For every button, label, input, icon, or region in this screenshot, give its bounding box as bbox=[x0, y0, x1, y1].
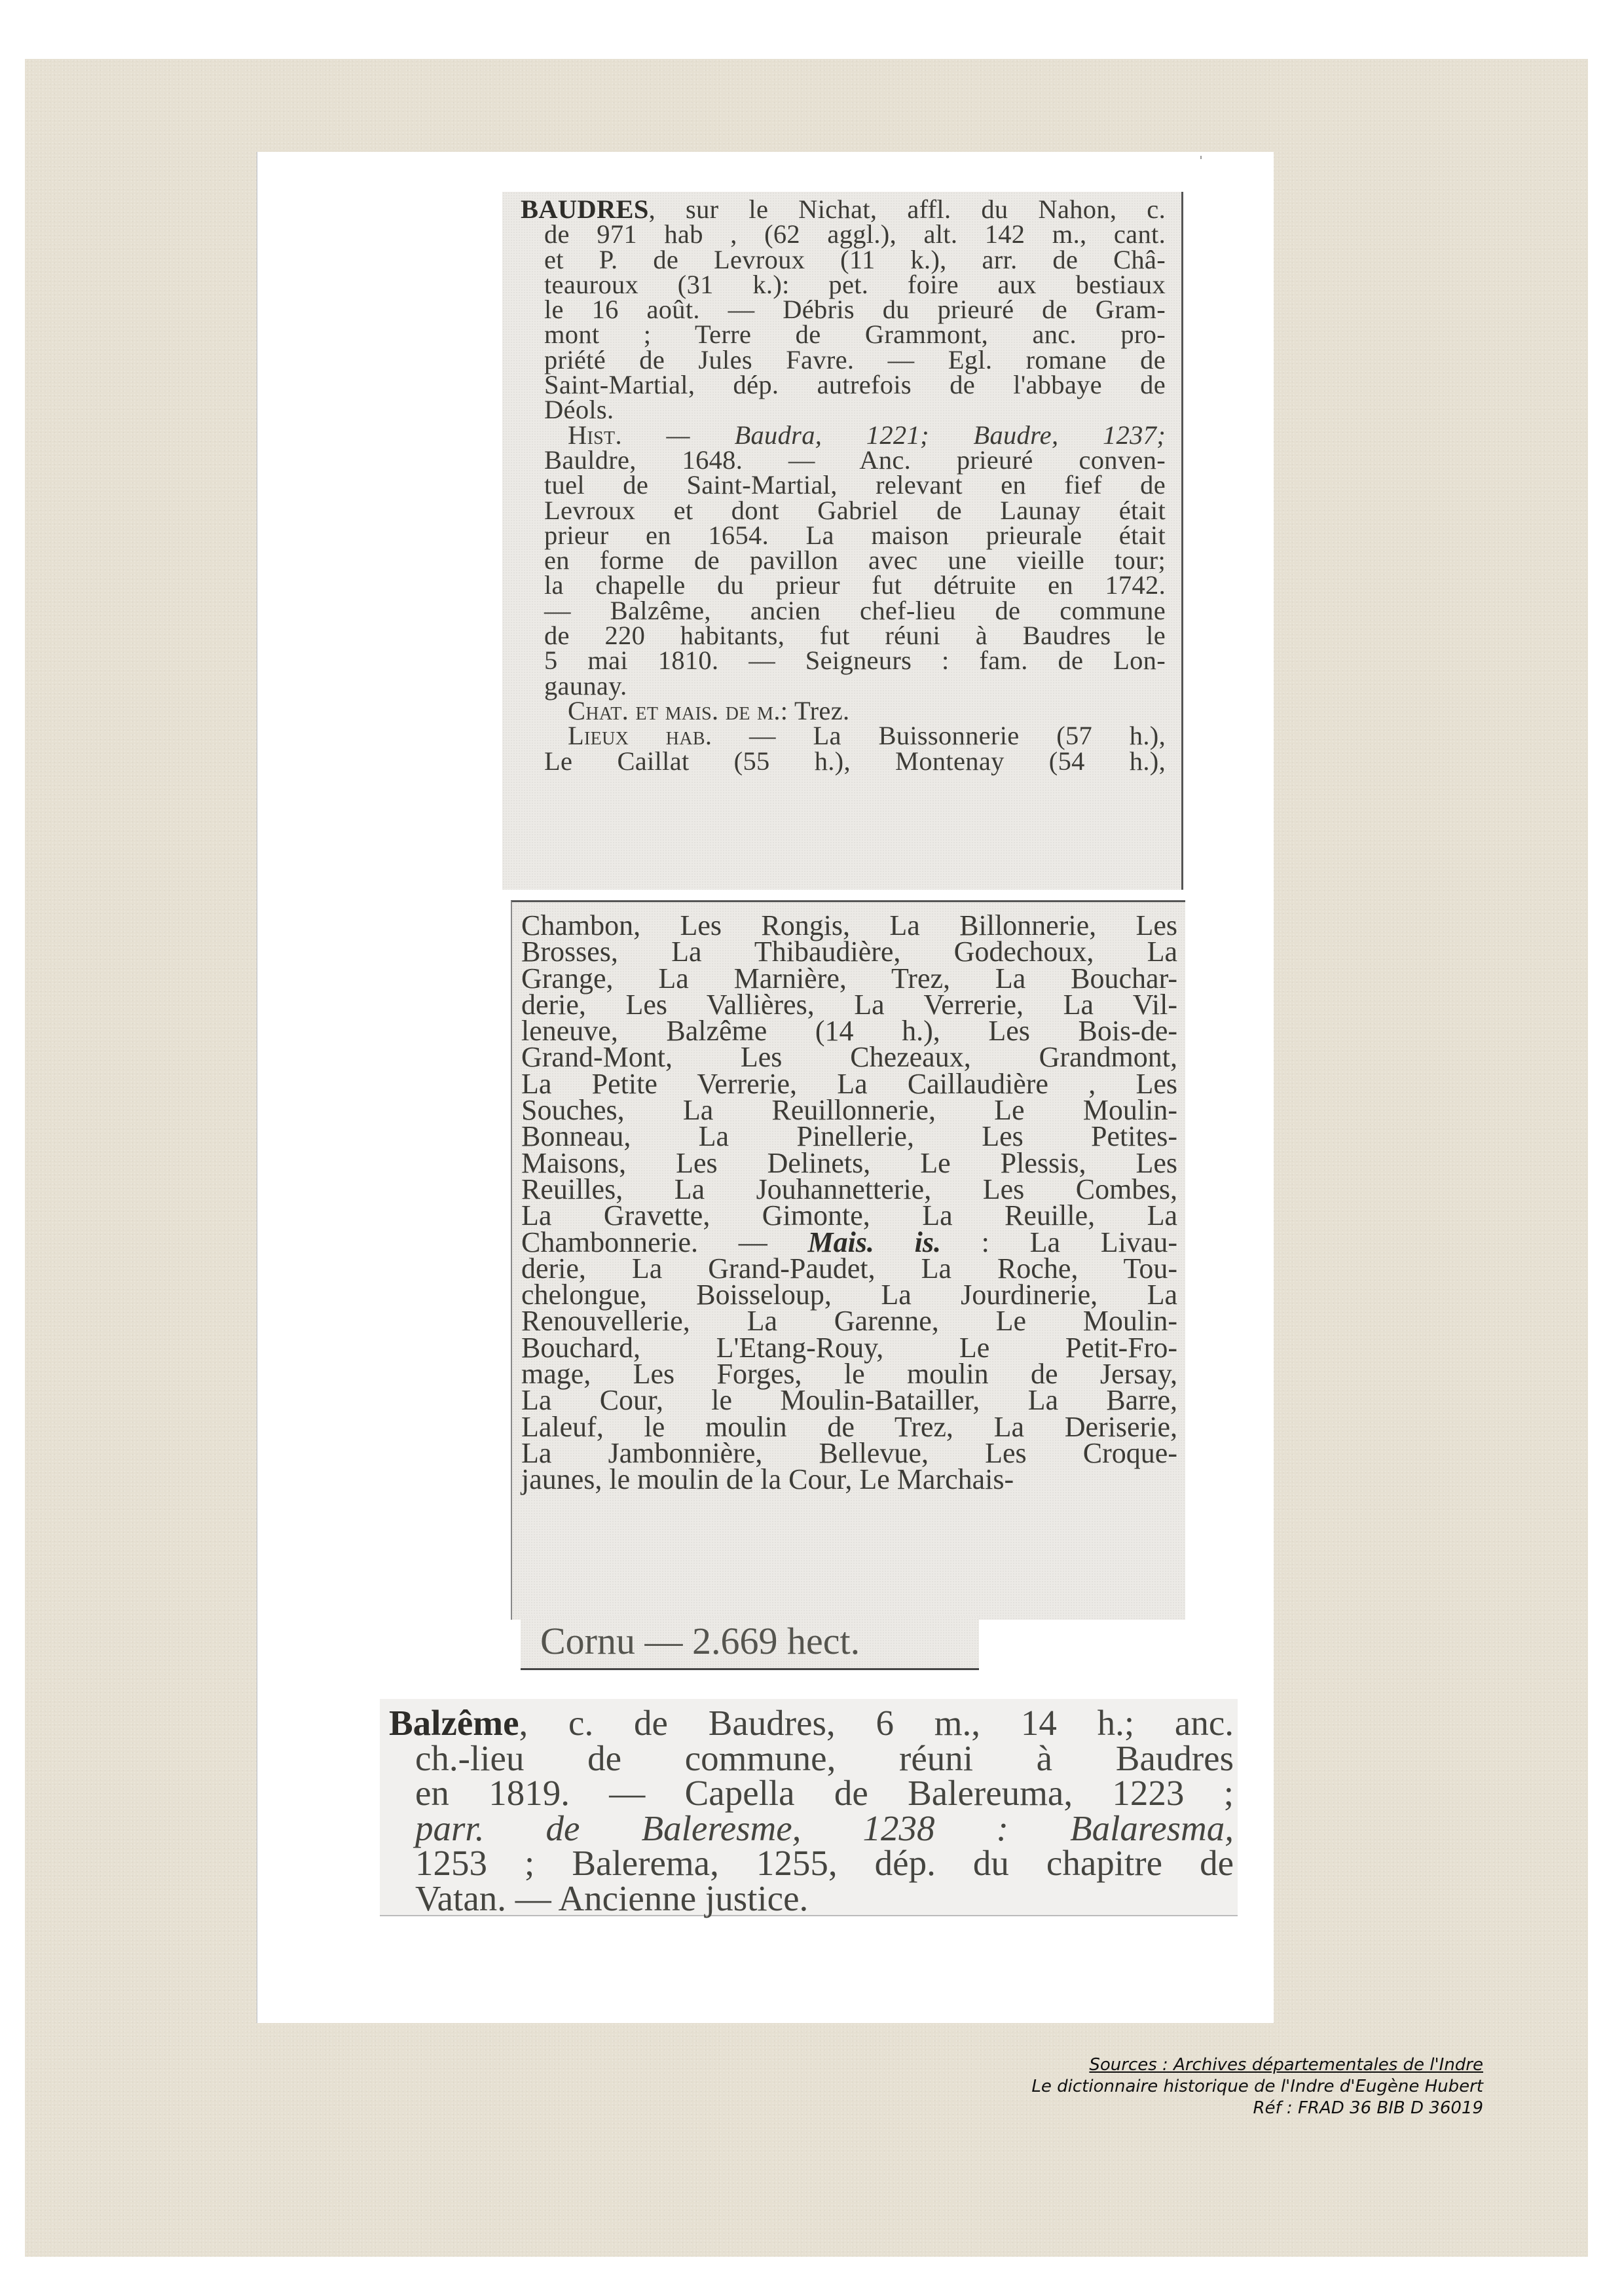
hist-line: Bauldre, 1648. — Anc. prieuré conven- bbox=[521, 448, 1166, 473]
sources-caption: Sources : Archives départementales de l'… bbox=[1031, 2054, 1483, 2119]
entry-line: BAUDRES, sur le Nichat, affl. du Nahon, … bbox=[521, 197, 1166, 222]
sources-line-archives: Sources : Archives départementales de l'… bbox=[1031, 2054, 1483, 2076]
lieux-list-line: La Petite Verrerie, La Caillaudière , Le… bbox=[521, 1071, 1177, 1097]
hist-line: Hist. — Baudra, 1221; Baudre, 1237; bbox=[521, 423, 1166, 448]
entry-line: de 971 hab , (62 aggl.), alt. 142 m., ca… bbox=[521, 222, 1166, 247]
lieux-list-line: Laleuf, le moulin de Trez, La Deriserie, bbox=[521, 1414, 1177, 1440]
hist-line: 5 mai 1810. — Seigneurs : fam. de Lon- bbox=[521, 648, 1166, 673]
balzeme-line: en 1819. — Capella de Balereuma, 1223 ; bbox=[389, 1776, 1234, 1811]
balzeme-entry-text: Balzême, c. de Baudres, 6 m., 14 h.; anc… bbox=[389, 1705, 1234, 1916]
clipping-balzeme-entry: Balzême, c. de Baudres, 6 m., 14 h.; anc… bbox=[380, 1699, 1238, 1916]
hist-line: Levroux et dont Gabriel de Launay était bbox=[521, 498, 1166, 523]
chateaux-line: Chat. et mais. de m.: Trez. bbox=[521, 699, 1166, 723]
clipping-area: Cornu — 2.669 hect. bbox=[521, 1616, 979, 1670]
clipping-baudres-entry: BAUDRES, sur le Nichat, affl. du Nahon, … bbox=[502, 192, 1183, 890]
balzeme-line-text: , c. de Baudres, 6 m., 14 h.; anc. bbox=[519, 1703, 1234, 1743]
scan-speck bbox=[1200, 156, 1202, 159]
lieux-list-line: La Jambonnière, Bellevue, Les Croque- bbox=[521, 1440, 1177, 1467]
balzeme-line: Vatan. — Ancienne justice. bbox=[389, 1881, 1234, 1916]
entry-line: et P. de Levroux (11 k.), arr. de Châ- bbox=[521, 247, 1166, 272]
entry-line: le 16 août. — Débris du prieuré de Gram- bbox=[521, 297, 1166, 322]
lieux-list-line: derie, Les Vallières, La Verrerie, La Vi… bbox=[521, 992, 1177, 1018]
lieux-list-line: Reuilles, La Jouhannetterie, Les Combes, bbox=[521, 1176, 1177, 1203]
hist-line: de 220 habitants, fut réuni à Baudres le bbox=[521, 623, 1166, 648]
entry-line: Déols. bbox=[521, 397, 1166, 422]
area-text: Cornu — 2.669 hect. bbox=[540, 1620, 860, 1663]
lieux-list-line: Bonneau, La Pinellerie, Les Petites- bbox=[521, 1123, 1177, 1150]
balzeme-line: 1253 ; Balerema, 1255, dép. du chapitre … bbox=[389, 1846, 1234, 1881]
lieux-line: Le Caillat (55 h.), Montenay (54 h.), bbox=[521, 749, 1166, 774]
lieux-list-line: La Cour, le Moulin-Batailler, La Barre, bbox=[521, 1387, 1177, 1413]
entry-line: priété de Jules Favre. — Egl. romane de bbox=[521, 348, 1166, 373]
lieux-list-line: derie, La Grand-Paudet, La Roche, Tou- bbox=[521, 1256, 1177, 1282]
entry-line: Saint-Martial, dép. autrefois de l'abbay… bbox=[521, 373, 1166, 397]
lieux-list-line: mage, Les Forges, le moulin de Jersay, bbox=[521, 1361, 1177, 1387]
lieux-list-line: Renouvellerie, La Garenne, Le Moulin- bbox=[521, 1308, 1177, 1334]
continuation-text: Chambon, Les Rongis, La Billonnerie, Les… bbox=[521, 913, 1177, 1493]
hist-line: tuel de Saint-Martial, relevant en fief … bbox=[521, 473, 1166, 498]
lieux-list-line: Grange, La Marnière, Trez, La Bouchar- bbox=[521, 966, 1177, 992]
lieux-list-line: jaunes, le moulin de la Cour, Le Marchai… bbox=[521, 1467, 1177, 1493]
lieux-list-line: Chambon, Les Rongis, La Billonnerie, Les bbox=[521, 913, 1177, 939]
lieux-list-line: La Gravette, Gimonte, La Reuille, La bbox=[521, 1203, 1177, 1229]
entry-line: teauroux (31 k.): pet. foire aux bestiau… bbox=[521, 272, 1166, 297]
hist-line: prieur en 1654. La maison prieurale étai… bbox=[521, 523, 1166, 548]
lieux-list-line: Brosses, La Thibaudière, Godechoux, La bbox=[521, 939, 1177, 965]
lieux-list-line: leneuve, Balzême (14 h.), Les Bois-de- bbox=[521, 1018, 1177, 1044]
headword-balzeme: Balzême bbox=[389, 1703, 519, 1743]
lieux-list-line: Bouchard, L'Etang-Rouy, Le Petit-Fro- bbox=[521, 1335, 1177, 1361]
lieux-list-line: chelongue, Boisseloup, La Jourdinerie, L… bbox=[521, 1282, 1177, 1308]
hist-line: — Balzême, ancien chef-lieu de commune bbox=[521, 598, 1166, 623]
hist-line: gaunay. bbox=[521, 674, 1166, 699]
lieux-list-line: Souches, La Reuillonnerie, Le Moulin- bbox=[521, 1097, 1177, 1123]
entry-line: mont ; Terre de Grammont, anc. pro- bbox=[521, 322, 1166, 347]
balzeme-line: Balzême, c. de Baudres, 6 m., 14 h.; anc… bbox=[389, 1705, 1234, 1741]
lieux-list-line: Grand-Mont, Les Chezeaux, Grandmont, bbox=[521, 1044, 1177, 1070]
sources-line-dictionary: Le dictionnaire historique de l'Indre d'… bbox=[1031, 2076, 1483, 2098]
lieux-list-line: Maisons, Les Delinets, Le Plessis, Les bbox=[521, 1150, 1177, 1176]
hist-line: en forme de pavillon avec une vieille to… bbox=[521, 548, 1166, 573]
lieux-line: Lieux hab. — La Buissonnerie (57 h.), bbox=[521, 723, 1166, 748]
balzeme-line: ch.-lieu de commune, réuni à Baudres bbox=[389, 1741, 1234, 1776]
sources-line-reference: Réf : FRAD 36 BIB D 36019 bbox=[1031, 2098, 1483, 2119]
lieux-list-line: Chambonnerie. — Mais. is. : La Livau- bbox=[521, 1230, 1177, 1256]
baudres-entry-text: BAUDRES, sur le Nichat, affl. du Nahon, … bbox=[521, 197, 1166, 774]
balzeme-line: parr. de Baleresme, 1238 : Balaresma, bbox=[389, 1811, 1234, 1846]
clipping-lieux-continuation: Chambon, Les Rongis, La Billonnerie, Les… bbox=[511, 900, 1185, 1620]
hist-line: la chapelle du prieur fut détruite en 17… bbox=[521, 573, 1166, 598]
